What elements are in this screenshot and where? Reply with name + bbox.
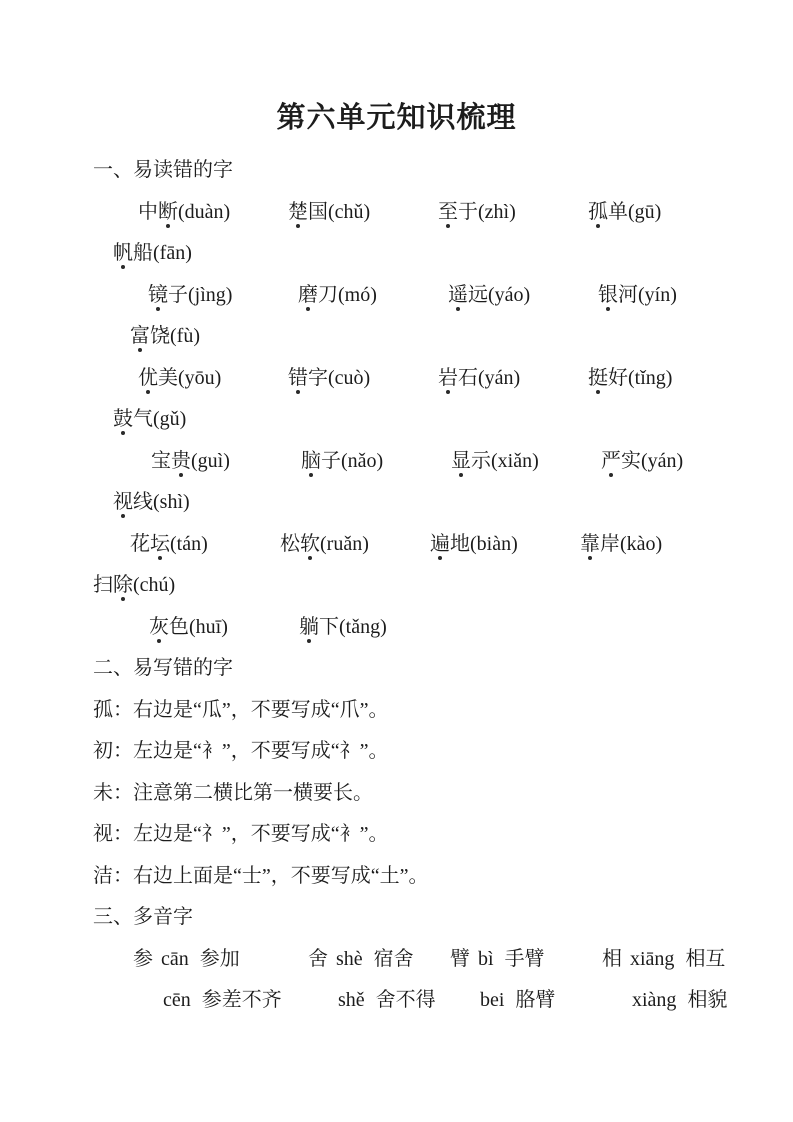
polyphone-reading-line: 舍shè宿舍 (308, 939, 450, 981)
pinyin-annotation: (fù) (170, 325, 200, 347)
polyphone-group: 相xiāng相互xiàng相貌 (602, 939, 733, 1022)
word-entry: 富饶(fù) (130, 316, 280, 358)
hanzi-char: 错 (288, 367, 308, 389)
hanzi-char: 楚 (288, 201, 308, 223)
misread-word-row: 灰色(huī)躺下(tǎng) (149, 607, 733, 649)
hanzi-char: 松 (280, 533, 300, 555)
section-heading-polyphonic: 三、多音字 (93, 897, 733, 939)
miswritten-note: 视：左边是“礻”，不要写成“衤”。 (93, 814, 733, 856)
pinyin-annotation: (cuò) (328, 367, 370, 389)
section-misread-words: 一、易读错的字 中断(duàn)楚国(chǔ)至于(zhì)孤单(gū)帆船(f… (93, 150, 733, 648)
polyphone-pinyin: shè (336, 948, 363, 970)
pinyin-annotation: (tǐng) (628, 367, 672, 389)
hanzi-char: 灰 (149, 616, 169, 638)
pinyin-annotation: (chǔ) (328, 201, 370, 223)
word-entry: 遥远(yáo) (448, 275, 598, 317)
word-entry: 松软(ruǎn) (280, 524, 430, 566)
misread-word-row: 帆船(fān) (113, 233, 733, 275)
polyphone-example-word: 胳臂 (515, 989, 555, 1011)
hanzi-char: 下 (319, 616, 339, 638)
word-entry: 遍地(biàn) (430, 524, 580, 566)
hanzi-char: 严 (601, 450, 621, 472)
word-entry: 显示(xiǎn) (451, 441, 601, 483)
pinyin-annotation: (xiǎn) (491, 450, 539, 472)
pinyin-annotation: (biàn) (470, 533, 518, 555)
hanzi-char: 扫 (93, 574, 113, 596)
hanzi-char: 美 (158, 367, 178, 389)
word-entry: 帆船(fān) (113, 233, 263, 275)
polyphone-hanzi: 舍 (308, 948, 328, 970)
polyphone-example-word: 舍不得 (376, 989, 436, 1011)
word-entry: 楚国(chǔ) (288, 192, 438, 234)
polyphone-reading-line: 参cān参加 (133, 939, 308, 981)
hanzi-char: 中 (138, 201, 158, 223)
pinyin-annotation: (tǎng) (339, 616, 387, 638)
pinyin-annotation: (yáo) (488, 284, 530, 306)
hanzi-char: 至 (438, 201, 458, 223)
hanzi-char: 鼓 (113, 408, 133, 430)
word-entry: 岩石(yán) (438, 358, 588, 400)
hanzi-char: 坛 (150, 533, 170, 555)
hanzi-char: 船 (133, 242, 153, 264)
word-entry: 宝贵(guì) (151, 441, 301, 483)
polyphone-reading-line: 相xiāng相互 (602, 939, 733, 981)
polyphone-pinyin: bei (480, 989, 504, 1011)
hanzi-char: 字 (308, 367, 328, 389)
polyphone-pinyin: cān (161, 948, 189, 970)
misread-word-row: 富饶(fù) (130, 316, 733, 358)
pinyin-annotation: (yán) (478, 367, 520, 389)
hanzi-char: 银 (598, 284, 618, 306)
page-title: 第六单元知识梳理 (93, 100, 700, 136)
miswritten-note: 初：左边是“衤”，不要写成“礻”。 (93, 731, 733, 773)
polyphone-example-word: 宿舍 (374, 948, 414, 970)
hanzi-char: 石 (458, 367, 478, 389)
pinyin-annotation: (mó) (338, 284, 377, 306)
miswritten-note-lines: 孤：右边是“瓜”，不要写成“爪”。初：左边是“衤”，不要写成“礻”。未：注意第二… (93, 690, 733, 898)
hanzi-char: 实 (621, 450, 641, 472)
hanzi-char: 躺 (299, 616, 319, 638)
polyphone-reading-line: bei胳臂 (450, 980, 602, 1022)
misread-word-row: 扫除(chú) (93, 565, 733, 607)
document-page: 第六单元知识梳理 一、易读错的字 中断(duàn)楚国(chǔ)至于(zhì)孤… (0, 0, 793, 1122)
pinyin-annotation: (huī) (189, 616, 228, 638)
pinyin-annotation: (fān) (153, 242, 192, 264)
pinyin-annotation: (yōu) (178, 367, 221, 389)
word-entry: 躺下(tǎng) (299, 607, 449, 649)
polyphone-pinyin: cēn (163, 989, 191, 1011)
hanzi-char: 国 (308, 201, 328, 223)
hanzi-char: 色 (169, 616, 189, 638)
polyphone-example-word: 相互 (685, 948, 725, 970)
hanzi-char: 远 (468, 284, 488, 306)
hanzi-char: 岩 (438, 367, 458, 389)
hanzi-char: 好 (608, 367, 628, 389)
polyphone-example-word: 参加 (200, 948, 240, 970)
hanzi-char: 气 (133, 408, 153, 430)
hanzi-char: 优 (138, 367, 158, 389)
misread-word-row: 中断(duàn)楚国(chǔ)至于(zhì)孤单(gū) (138, 192, 733, 234)
section-miswritten-words: 二、易写错的字 孤：右边是“瓜”，不要写成“爪”。初：左边是“衤”，不要写成“礻… (93, 648, 733, 897)
polyphone-pinyin: bì (478, 948, 494, 970)
word-entry: 脑子(nǎo) (301, 441, 451, 483)
hanzi-char: 遥 (448, 284, 468, 306)
misread-word-row: 宝贵(guì)脑子(nǎo)显示(xiǎn)严实(yán) (151, 441, 733, 483)
hanzi-char: 示 (471, 450, 491, 472)
pinyin-annotation: (jìng) (188, 284, 232, 306)
word-entry: 灰色(huī) (149, 607, 299, 649)
hanzi-char: 断 (158, 201, 178, 223)
pinyin-annotation: (kào) (620, 533, 662, 555)
pinyin-annotation: (gū) (628, 201, 661, 223)
section-polyphonic-chars: 三、多音字 参cān参加cēn参差不齐舍shè宿舍shě舍不得臂bì手臂bei胳… (93, 897, 733, 1022)
polyphone-example-word: 手臂 (505, 948, 545, 970)
word-entry: 磨刀(mó) (298, 275, 448, 317)
polyphone-group: 舍shè宿舍shě舍不得 (308, 939, 450, 1022)
hanzi-char: 镜 (148, 284, 168, 306)
hanzi-char: 软 (300, 533, 320, 555)
hanzi-char: 单 (608, 201, 628, 223)
pinyin-annotation: (zhì) (478, 201, 516, 223)
polyphone-pinyin: xiàng (632, 989, 676, 1011)
hanzi-char: 遍 (430, 533, 450, 555)
word-entry: 孤单(gū) (588, 192, 738, 234)
miswritten-note: 未：注意第二横比第一横要长。 (93, 773, 733, 815)
hanzi-char: 富 (130, 325, 150, 347)
hanzi-char: 显 (451, 450, 471, 472)
word-entry: 扫除(chú) (93, 565, 243, 607)
pinyin-annotation: (yán) (641, 450, 683, 472)
section-heading-misread: 一、易读错的字 (93, 150, 733, 192)
polyphone-example-word: 参差不齐 (202, 989, 282, 1011)
miswritten-note: 洁：右边上面是“士”，不要写成“土”。 (93, 856, 733, 898)
hanzi-char: 贵 (171, 450, 191, 472)
word-entry: 至于(zhì) (438, 192, 588, 234)
hanzi-char: 磨 (298, 284, 318, 306)
polyphone-pinyin: xiāng (630, 948, 674, 970)
miswritten-note: 孤：右边是“瓜”，不要写成“爪”。 (93, 690, 733, 732)
pinyin-annotation: (duàn) (178, 201, 230, 223)
hanzi-char: 线 (133, 491, 153, 513)
pinyin-annotation: (tán) (170, 533, 208, 555)
polyphone-groups: 参cān参加cēn参差不齐舍shè宿舍shě舍不得臂bì手臂bei胳臂相xiān… (133, 939, 733, 1022)
hanzi-char: 刀 (318, 284, 338, 306)
hanzi-char: 岸 (600, 533, 620, 555)
polyphone-hanzi: 臂 (450, 948, 470, 970)
word-entry: 鼓气(gǔ) (113, 399, 263, 441)
pinyin-annotation: (guì) (191, 450, 230, 472)
word-entry: 严实(yán) (601, 441, 751, 483)
hanzi-char: 地 (450, 533, 470, 555)
hanzi-char: 于 (458, 201, 478, 223)
pinyin-annotation: (nǎo) (341, 450, 383, 472)
misread-word-row: 鼓气(gǔ) (113, 399, 733, 441)
polyphone-reading-line: shě舍不得 (308, 980, 450, 1022)
hanzi-char: 宝 (151, 450, 171, 472)
misread-word-row: 镜子(jìng)磨刀(mó)遥远(yáo)银河(yín) (148, 275, 733, 317)
hanzi-char: 河 (618, 284, 638, 306)
section-heading-miswritten: 二、易写错的字 (93, 648, 733, 690)
polyphone-hanzi: 参 (133, 948, 153, 970)
hanzi-char: 花 (130, 533, 150, 555)
hanzi-char: 饶 (150, 325, 170, 347)
word-entry: 花坛(tán) (130, 524, 280, 566)
word-entry: 中断(duàn) (138, 192, 288, 234)
pinyin-annotation: (shì) (153, 491, 190, 513)
hanzi-char: 孤 (588, 201, 608, 223)
word-entry: 错字(cuò) (288, 358, 438, 400)
word-entry: 镜子(jìng) (148, 275, 298, 317)
word-entry: 银河(yín) (598, 275, 748, 317)
hanzi-char: 挺 (588, 367, 608, 389)
word-entry: 靠岸(kào) (580, 524, 730, 566)
pinyin-annotation: (ruǎn) (320, 533, 369, 555)
polyphone-group: 参cān参加cēn参差不齐 (133, 939, 308, 1022)
polyphone-pinyin: shě (338, 989, 365, 1011)
hanzi-char: 帆 (113, 242, 133, 264)
hanzi-char: 子 (168, 284, 188, 306)
pinyin-annotation: (gǔ) (153, 408, 186, 430)
polyphone-group: 臂bì手臂bei胳臂 (450, 939, 602, 1022)
pinyin-annotation: (chú) (133, 574, 175, 596)
hanzi-char: 除 (113, 574, 133, 596)
misread-word-row: 视线(shì) (113, 482, 733, 524)
hanzi-char: 脑 (301, 450, 321, 472)
misread-word-row: 花坛(tán)松软(ruǎn)遍地(biàn)靠岸(kào) (130, 524, 733, 566)
word-entry: 挺好(tǐng) (588, 358, 738, 400)
polyphone-reading-line: cēn参差不齐 (133, 980, 308, 1022)
polyphone-example-word: 相貌 (687, 989, 727, 1011)
polyphone-reading-line: xiàng相貌 (602, 980, 733, 1022)
polyphone-hanzi: 相 (602, 948, 622, 970)
hanzi-char: 靠 (580, 533, 600, 555)
polyphone-reading-line: 臂bì手臂 (450, 939, 602, 981)
misread-word-rows: 中断(duàn)楚国(chǔ)至于(zhì)孤单(gū)帆船(fān)镜子(jì… (93, 192, 733, 649)
hanzi-char: 视 (113, 491, 133, 513)
hanzi-char: 子 (321, 450, 341, 472)
word-entry: 优美(yōu) (138, 358, 288, 400)
misread-word-row: 优美(yōu)错字(cuò)岩石(yán)挺好(tǐng) (138, 358, 733, 400)
word-entry: 视线(shì) (113, 482, 263, 524)
pinyin-annotation: (yín) (638, 284, 677, 306)
